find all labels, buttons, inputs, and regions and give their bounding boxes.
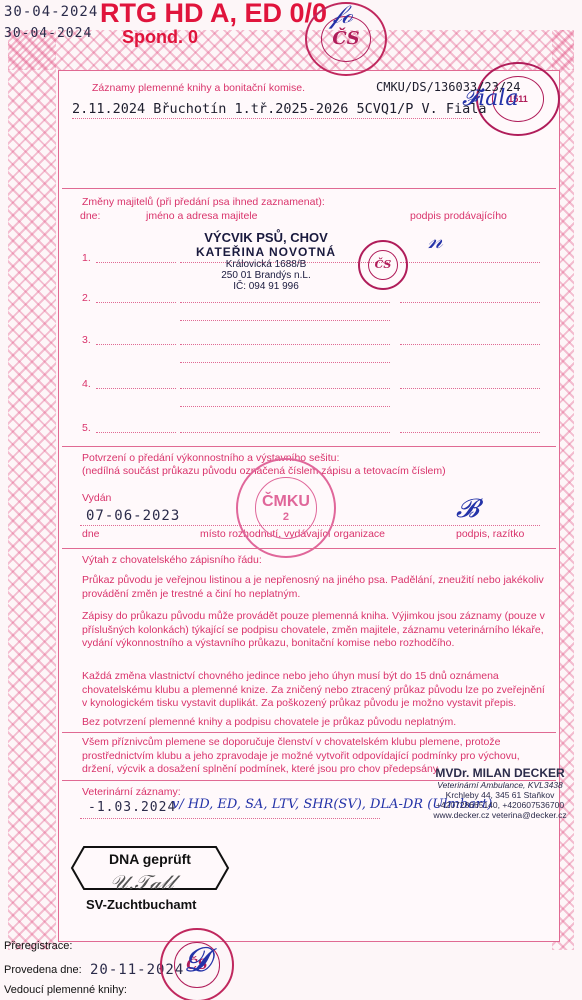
stamp-number: 2 bbox=[283, 511, 289, 523]
signature-top: 𝒻ℴ bbox=[330, 0, 353, 31]
owner-city: 250 01 Brandýs n.L. bbox=[176, 270, 356, 281]
book-keeper-signature: 𝓓 bbox=[184, 940, 210, 980]
owner-name: KATEŘINA NOVOTNÁ bbox=[176, 245, 356, 259]
vet-web: www.decker.cz veterina@decker.cz bbox=[420, 810, 580, 820]
cs-logo-icon: ČS bbox=[368, 250, 399, 281]
owner-row-2-num: 2. bbox=[82, 292, 91, 304]
rules-paragraph-4: Bez potvrzení plemenné knihy a podpisu c… bbox=[82, 716, 546, 730]
owner-row-5-date-line bbox=[96, 432, 176, 433]
stamp-date-2: 30-04-2024 bbox=[4, 26, 92, 41]
owner-row-4-name-line bbox=[180, 388, 390, 389]
breeding-book-title: Záznamy plemenné knihy a bonitační komis… bbox=[92, 82, 305, 94]
divider-club bbox=[62, 732, 556, 733]
breeding-book-entry: 2.11.2024 Břuchotín 1.tř.2025-2026 5CVQ1… bbox=[72, 101, 487, 117]
book-keeper-label: Vedoucí plemenné knihy: bbox=[4, 984, 127, 996]
owner-row-3-num: 3. bbox=[82, 334, 91, 346]
owner-row-5-num: 5. bbox=[82, 422, 91, 434]
owner-row-3-date-line bbox=[96, 344, 176, 345]
guilloche-border-top bbox=[8, 30, 574, 70]
vet-date: -1.03.2024 bbox=[88, 800, 176, 815]
vet-phone: +420728665140, +420607536700 bbox=[420, 800, 580, 810]
registration-number: CMKU/DS/136033/23/24 bbox=[376, 80, 521, 94]
performance-signature: 𝓑 bbox=[456, 494, 479, 525]
vet-stamp: MVDr. MILAN DECKER Veterinární Ambulance… bbox=[420, 766, 580, 820]
vet-line bbox=[80, 818, 380, 819]
col-name-label: jméno a adresa majitele bbox=[146, 210, 257, 222]
rules-paragraph-1: Průkaz původu je veřejnou listinou a je … bbox=[82, 574, 546, 601]
vet-clinic: Veterinární Ambulance, KVL3438 bbox=[420, 780, 580, 790]
plemenna-kniha-stamp: ČMKU 2 bbox=[236, 458, 336, 558]
dna-authority: SV-Zuchtbuchamt bbox=[86, 897, 197, 912]
owner-row-1-num: 1. bbox=[82, 252, 91, 264]
owner-changes-title: Změny majitelů (při předání psa ihned za… bbox=[82, 196, 325, 208]
owner-row-2-name-line bbox=[180, 302, 390, 303]
rules-paragraph-2: Zápisy do průkazu původu může provádět p… bbox=[82, 610, 546, 651]
kennel-name: VÝCVIK PSŮ, CHOV bbox=[176, 230, 356, 245]
col-date-label-2: dne bbox=[82, 528, 100, 540]
col-signature-label: podpis prodávajícího bbox=[410, 210, 507, 222]
owner-row-2-name-line-b bbox=[180, 320, 390, 321]
issued-label: Vydán bbox=[82, 492, 111, 504]
vet-name: MVDr. MILAN DECKER bbox=[420, 766, 580, 780]
kennel-stamp: VÝCVIK PSŮ, CHOV KATEŘINA NOVOTNÁ Králov… bbox=[176, 230, 356, 292]
guilloche-border-left bbox=[8, 30, 56, 950]
stamp-date-1: 30-04-2024 bbox=[4, 4, 98, 20]
divider-owner-changes bbox=[62, 188, 556, 189]
vet-label: Veterinární záznamy: bbox=[82, 786, 181, 798]
owner-row-4-date-line bbox=[96, 388, 176, 389]
owner-row-4-num: 4. bbox=[82, 378, 91, 390]
done-label: Provedena dne: bbox=[4, 964, 82, 976]
entry-line bbox=[72, 118, 472, 119]
owner-row-5-sig-line bbox=[400, 432, 540, 433]
rules-paragraph-3: Každá změna vlastnictví chovného jedince… bbox=[82, 670, 546, 711]
owner-row-2-date-line bbox=[96, 302, 176, 303]
dna-label: DNA geprüft bbox=[70, 851, 230, 867]
registration-round-stamp: ČS bbox=[358, 240, 408, 290]
owner-street: Královická 1688/B bbox=[176, 259, 356, 270]
issued-date: 07-06-2023 bbox=[86, 508, 180, 524]
dna-signature: 𝒰.𝒯𝒶𝓁𝓁 bbox=[110, 870, 174, 894]
pedigree-back-page: 30-04-2024 30-04-2024 RTG HD A, ED 0/0 S… bbox=[0, 0, 582, 1000]
owner-ic: IČ: 094 91 996 bbox=[176, 281, 356, 292]
seller-signature-1: 𝓃 bbox=[428, 226, 443, 254]
divider-performance bbox=[62, 446, 556, 447]
owner-row-3-name-line-b bbox=[180, 362, 390, 363]
owner-row-1-sig-line bbox=[400, 262, 540, 263]
rules-title: Výtah z chovatelského zápisního řádu: bbox=[82, 554, 262, 566]
owner-row-1-date-line bbox=[96, 262, 176, 263]
col-signature-label-2: podpis, razítko bbox=[456, 528, 524, 540]
divider-rules bbox=[62, 548, 556, 549]
spondylosis-result: Spond. 0 bbox=[122, 27, 198, 48]
owner-row-2-sig-line bbox=[400, 302, 540, 303]
owner-row-5-name-line bbox=[180, 432, 390, 433]
owner-row-4-name-line-b bbox=[180, 406, 390, 407]
owner-row-4-sig-line bbox=[400, 388, 540, 389]
owner-row-3-sig-line bbox=[400, 344, 540, 345]
reregistration-label: Přeregistrace: bbox=[4, 940, 72, 952]
vet-address: Krchleby 44, 345 61 Staňkov bbox=[420, 790, 580, 800]
owner-row-3-name-line bbox=[180, 344, 390, 345]
cmku-logo-icon: ČMKU 2 bbox=[255, 477, 317, 539]
col-date-label: dne: bbox=[80, 210, 100, 222]
rtg-result: RTG HD A, ED 0/0 bbox=[100, 0, 327, 29]
